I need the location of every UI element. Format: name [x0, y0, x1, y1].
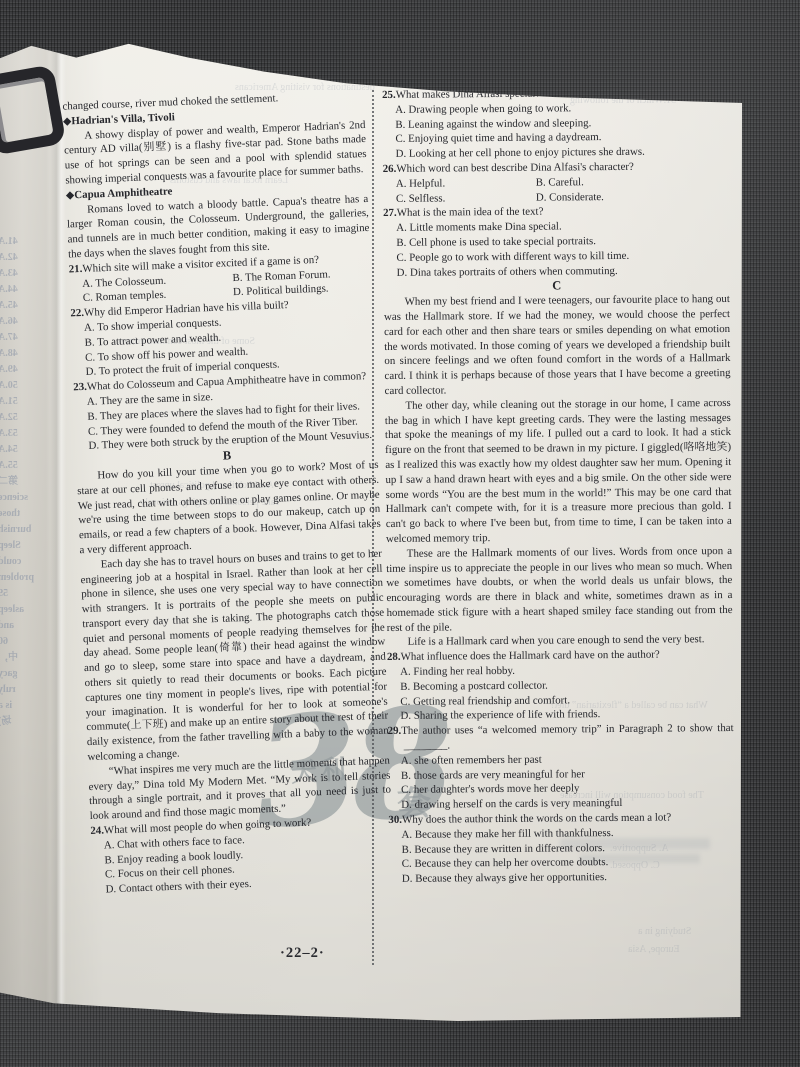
question-29: 29.The author uses “a welcomed memory tr…: [388, 721, 735, 813]
question-number: 22.: [70, 307, 84, 320]
right-column: 25.What makes Dina Alfasi special? A. Dr…: [382, 85, 736, 995]
option-d: D. Considerate.: [536, 189, 729, 205]
question-25: 25.What makes Dina Alfasi special? A. Dr…: [382, 85, 729, 162]
curl-ghost-item: 53.A: [0, 428, 18, 440]
question-23: 23.What do Colosseum and Capua Amphithea…: [73, 369, 378, 455]
curl-ghost-item: burnish: [0, 524, 31, 536]
question-stem-text: What makes Dina Alfasi special?: [396, 88, 541, 101]
curl-ghost-item: is a: [0, 700, 12, 712]
curl-ghost-item: could: [0, 556, 21, 568]
curl-ghost-item: 48.A: [0, 348, 18, 360]
hadrian-villa-paragraph: A showy display of power and wealth, Emp…: [63, 118, 367, 189]
curl-ghost-item: 41.A: [0, 236, 18, 248]
question-number: 29.: [388, 725, 402, 737]
question-number: 27.: [383, 207, 397, 219]
question-stem-text: The author uses “a welcomed memory trip”…: [401, 722, 733, 752]
curl-ghost-item: and: [0, 620, 14, 632]
question-22: 22.Why did Emperor Hadrian have his vill…: [70, 295, 375, 381]
question-number: 21.: [69, 263, 83, 276]
question-stem-text: Which word can best describe Dina Alfasi…: [396, 161, 634, 175]
question-30: 30.Why does the author think the words o…: [388, 810, 735, 887]
curl-ghost-item: 60: [0, 636, 8, 648]
exam-page: destinations for visiting Americans31.Wh…: [0, 36, 742, 1021]
left-column: changed course, river mud choked the set…: [62, 88, 399, 1006]
curl-ghost-item: 中，: [0, 652, 18, 664]
curl-ghost-item: 52.A: [0, 412, 18, 424]
curl-ghost-item: 场): [0, 716, 11, 728]
question-27: 27.What is the main idea of the text? A.…: [383, 203, 730, 280]
passage-c-paragraph-2: The other day, while cleaning out the st…: [385, 396, 732, 547]
passage-b-paragraph-1: How do you kill your time when you go to…: [76, 458, 381, 558]
curl-ghost-item: problem: [0, 572, 34, 584]
page-content: changed course, river mud choked the set…: [62, 88, 728, 995]
curl-ghost-item: 42.A: [0, 252, 18, 264]
curl-ghost-item: 59: [0, 588, 8, 600]
question-number: 26.: [383, 163, 397, 175]
question-stem: 25.What makes Dina Alfasi special?: [382, 85, 728, 103]
curl-ghost-item: 51.A: [0, 396, 18, 408]
curl-ghost-item: Sleep: [0, 540, 21, 552]
photo-scene: destinations for visiting Americans31.Wh…: [0, 0, 800, 1067]
page-curl-edge: 41.A42.A43.A44.A45.A46.A47.A48.A49.A50.A…: [0, 236, 54, 836]
option-c: C. Selfless.: [396, 190, 536, 206]
question-stem-text: What is the main idea of the text?: [397, 206, 544, 219]
question-number: 23.: [73, 381, 87, 394]
curl-ghost-item: 54.A: [0, 444, 18, 456]
column-divider: [372, 90, 374, 965]
curl-ghost-item: 43.A: [0, 268, 18, 280]
question-number: 30.: [388, 814, 402, 826]
question-number: 24.: [90, 825, 104, 838]
curl-ghost-item: gacy: [0, 668, 17, 680]
curl-ghost-item: 第二: [0, 476, 18, 488]
question-28: 28.What influence does the Hallmark card…: [387, 647, 734, 724]
question-number: 25.: [382, 89, 396, 101]
page-number: ·22–2·: [280, 945, 325, 962]
option-row: C. Selfless.D. Considerate.: [383, 189, 729, 207]
curl-ghost-item: science: [0, 492, 28, 504]
question-stem: 29.The author uses “a welcomed memory tr…: [388, 721, 734, 754]
question-number: 28.: [387, 651, 401, 663]
curl-ghost-item: 46.A: [0, 316, 18, 328]
curl-ghost-item: asleep: [0, 604, 24, 616]
question-26: 26.Which word can best describe Dina Alf…: [383, 159, 729, 206]
question-stem-text: Why does the author think the words on t…: [402, 812, 671, 826]
curl-ghost-item: 45.A: [0, 300, 18, 312]
curl-ghost-item: ruly: [0, 684, 16, 696]
curl-ghost-item: 44.A: [0, 284, 18, 296]
question-stem-text: What influence does the Hallmark card ha…: [401, 649, 660, 663]
option-b: B. Careful.: [536, 174, 729, 190]
curl-ghost-item: those: [0, 508, 20, 520]
option-d: D. Because they always give her opportun…: [389, 869, 735, 887]
curl-ghost-item: 49.A: [0, 364, 18, 376]
curl-ghost-item: 55.A: [0, 460, 18, 472]
curl-ghost-item: 47.A: [0, 332, 18, 344]
question-24: 24.What will most people do when going t…: [90, 813, 395, 899]
curl-ghost-item: 50.A: [0, 380, 18, 392]
option-a: A. Helpful.: [396, 175, 536, 191]
passage-c-paragraph-3: These are the Hallmark moments of our li…: [386, 544, 733, 636]
passage-c-paragraph-1: When my best friend and I were teenagers…: [384, 292, 731, 399]
passage-b-paragraph-2: Each day she has to travel hours on buse…: [80, 546, 390, 765]
